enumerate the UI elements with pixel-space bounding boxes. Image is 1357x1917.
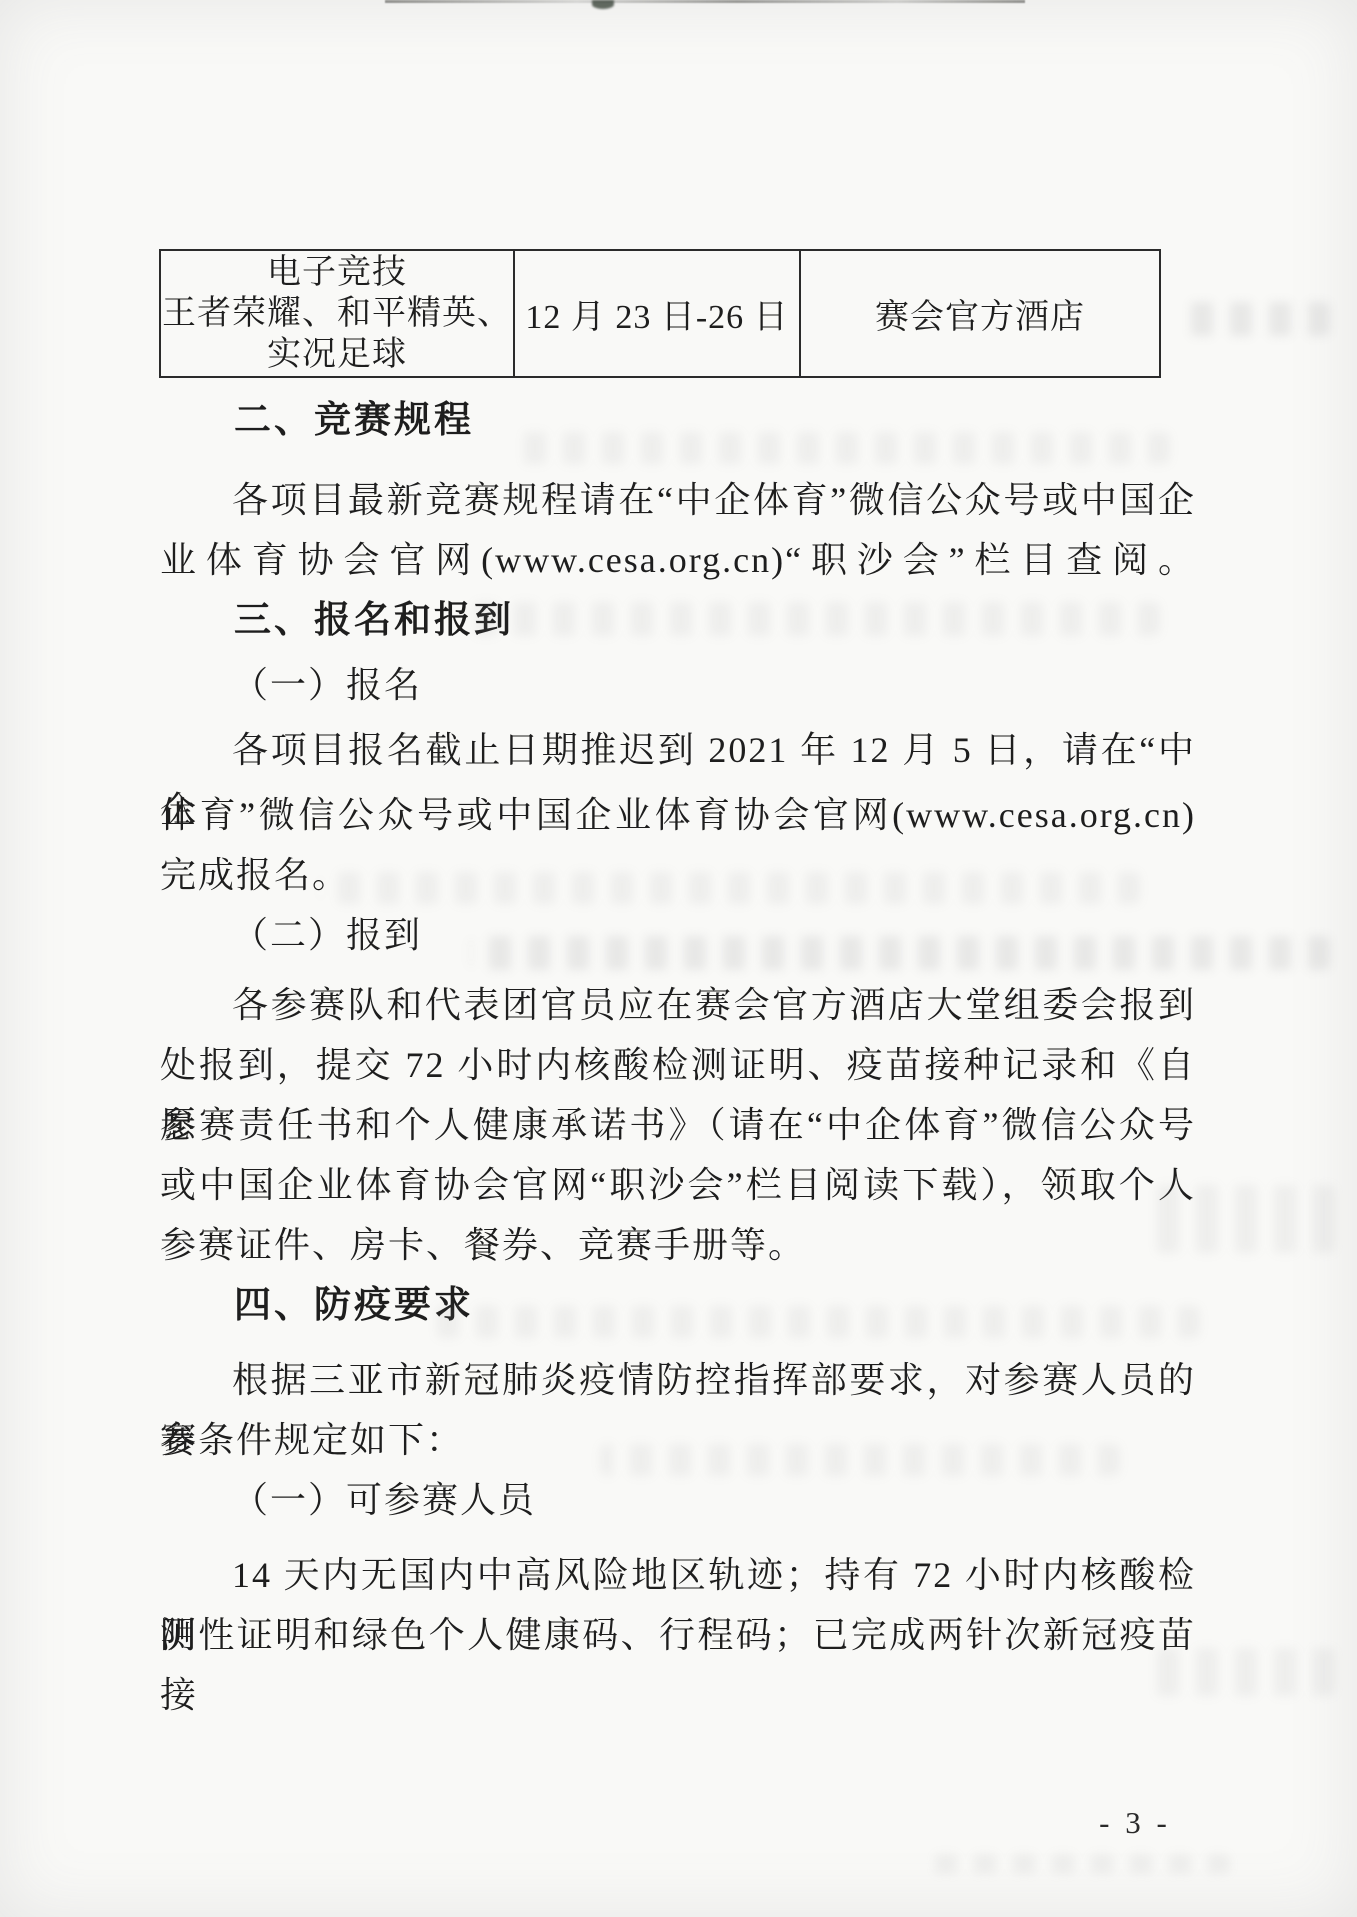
paragraph-line: 阴性证明和绿色个人健康码、行程码；已完成两针次新冠疫苗接 [160,1605,1196,1665]
table-cell-project: 电子竞技 王者荣耀、和平精英、 实况足球 [161,251,513,376]
bleedthrough-artifact [930,1854,1230,1874]
bleedthrough-artifact [600,1444,1120,1476]
bleedthrough-artifact [520,432,1170,464]
paragraph-line: 各项目最新竞赛规程请在“中企体育”微信公众号或中国企 [160,470,1196,530]
paragraph-line: 体育”微信公众号或中国企业体育协会官网(www.cesa.org.cn) [160,785,1196,845]
page-number: - 3 - [1075,1798,1195,1848]
table-cell-date: 12 月 23 日-26 日 [513,251,799,376]
bleedthrough-artifact [470,602,1160,636]
subsection-heading: （一）报名 [160,655,1196,715]
bleedthrough-artifact [1180,302,1330,336]
paragraph-line: 参赛责任书和个人健康承诺书》（请在“中企体育”微信公众号 [160,1095,1196,1155]
table-location-text: 赛会官方酒店 [875,289,1085,338]
bleedthrough-artifact [420,1306,1200,1338]
paragraph-line: 根据三亚市新冠肺炎疫情防控指挥部要求，对参赛人员的参 [160,1350,1196,1410]
table-project-line: 电子竞技 [267,252,407,293]
paragraph-line: 或中国企业体育协会官网“职沙会”栏目阅读下载），领取个人 [160,1155,1196,1215]
subsection-heading: （一）可参赛人员 [160,1470,1196,1530]
scan-edge-artifact [385,0,1025,3]
bleedthrough-artifact [1140,1648,1335,1696]
paragraph-line: 处报到，提交 72 小时内核酸检测证明、疫苗接种记录和《自愿 [160,1035,1196,1095]
scanned-document-page: 电子竞技 王者荣耀、和平精英、 实况足球 12 月 23 日-26 日 赛会官方… [0,0,1357,1917]
paragraph-line: 参赛证件、房卡、餐券、竞赛手册等。 [160,1215,1196,1275]
paragraph-line: 业体育协会官网(www.cesa.org.cn)“职沙会”栏目查阅。 [160,530,1196,590]
table-date-text: 12 月 23 日-26 日 [525,289,788,338]
scan-smudge-artifact [592,0,614,9]
table-project-line: 王者荣耀、和平精英、 [162,293,512,334]
table-cell-location: 赛会官方酒店 [799,251,1159,376]
events-table: 电子竞技 王者荣耀、和平精英、 实况足球 12 月 23 日-26 日 赛会官方… [159,249,1161,378]
bleedthrough-artifact [1150,1185,1335,1253]
paragraph-line: 各参赛队和代表团官员应在赛会官方酒店大堂组委会报到 [160,975,1196,1035]
table-project-line: 实况足球 [267,334,407,375]
paragraph-line: 各项目报名截止日期推迟到 2021 年 12 月 5 日，请在“中企 [160,720,1196,780]
bleedthrough-artifact [320,872,1140,904]
bleedthrough-artifact [470,936,1330,970]
paragraph-line: 14 天内无国内中高风险地区轨迹；持有 72 小时内核酸检测 [160,1545,1196,1605]
